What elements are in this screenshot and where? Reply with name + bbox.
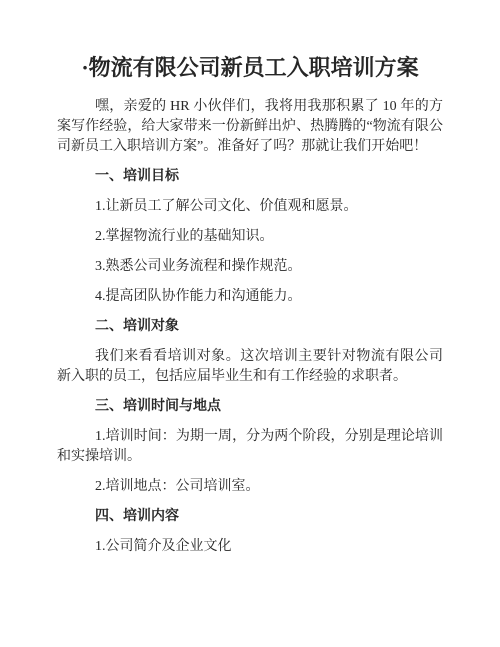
body-paragraph: 1.培训时间：为期一周，分为两个阶段，分别是理论培训和实操培训。 [57, 427, 443, 467]
body-paragraph: 3.熟悉公司业务流程和操作规范。 [57, 257, 443, 277]
document-page: ·物流有限公司新员工入职培训方案 嘿，亲爱的 HR 小伙伴们，我将用我那积累了 … [0, 0, 500, 647]
document-title: ·物流有限公司新员工入职培训方案 [57, 54, 443, 82]
document-body: 嘿，亲爱的 HR 小伙伴们，我将用我那积累了 10 年的方案写作经验，给大家带来… [57, 97, 443, 557]
body-paragraph: 2.培训地点：公司培训室。 [57, 477, 443, 497]
body-paragraph: 嘿，亲爱的 HR 小伙伴们，我将用我那积累了 10 年的方案写作经验，给大家带来… [57, 97, 443, 157]
section-heading: 一、培训目标 [57, 167, 443, 187]
body-paragraph: 1.公司简介及企业文化 [57, 537, 443, 557]
section-heading: 三、培训时间与地点 [57, 397, 443, 417]
body-paragraph: 4.提高团队协作能力和沟通能力。 [57, 287, 443, 307]
body-paragraph: 1.让新员工了解公司文化、价值观和愿景。 [57, 197, 443, 217]
body-paragraph: 我们来看看培训对象。这次培训主要针对物流有限公司新入职的员工，包括应届毕业生和有… [57, 347, 443, 387]
section-heading: 二、培训对象 [57, 317, 443, 337]
section-heading: 四、培训内容 [57, 507, 443, 527]
body-paragraph: 2.掌握物流行业的基础知识。 [57, 227, 443, 247]
